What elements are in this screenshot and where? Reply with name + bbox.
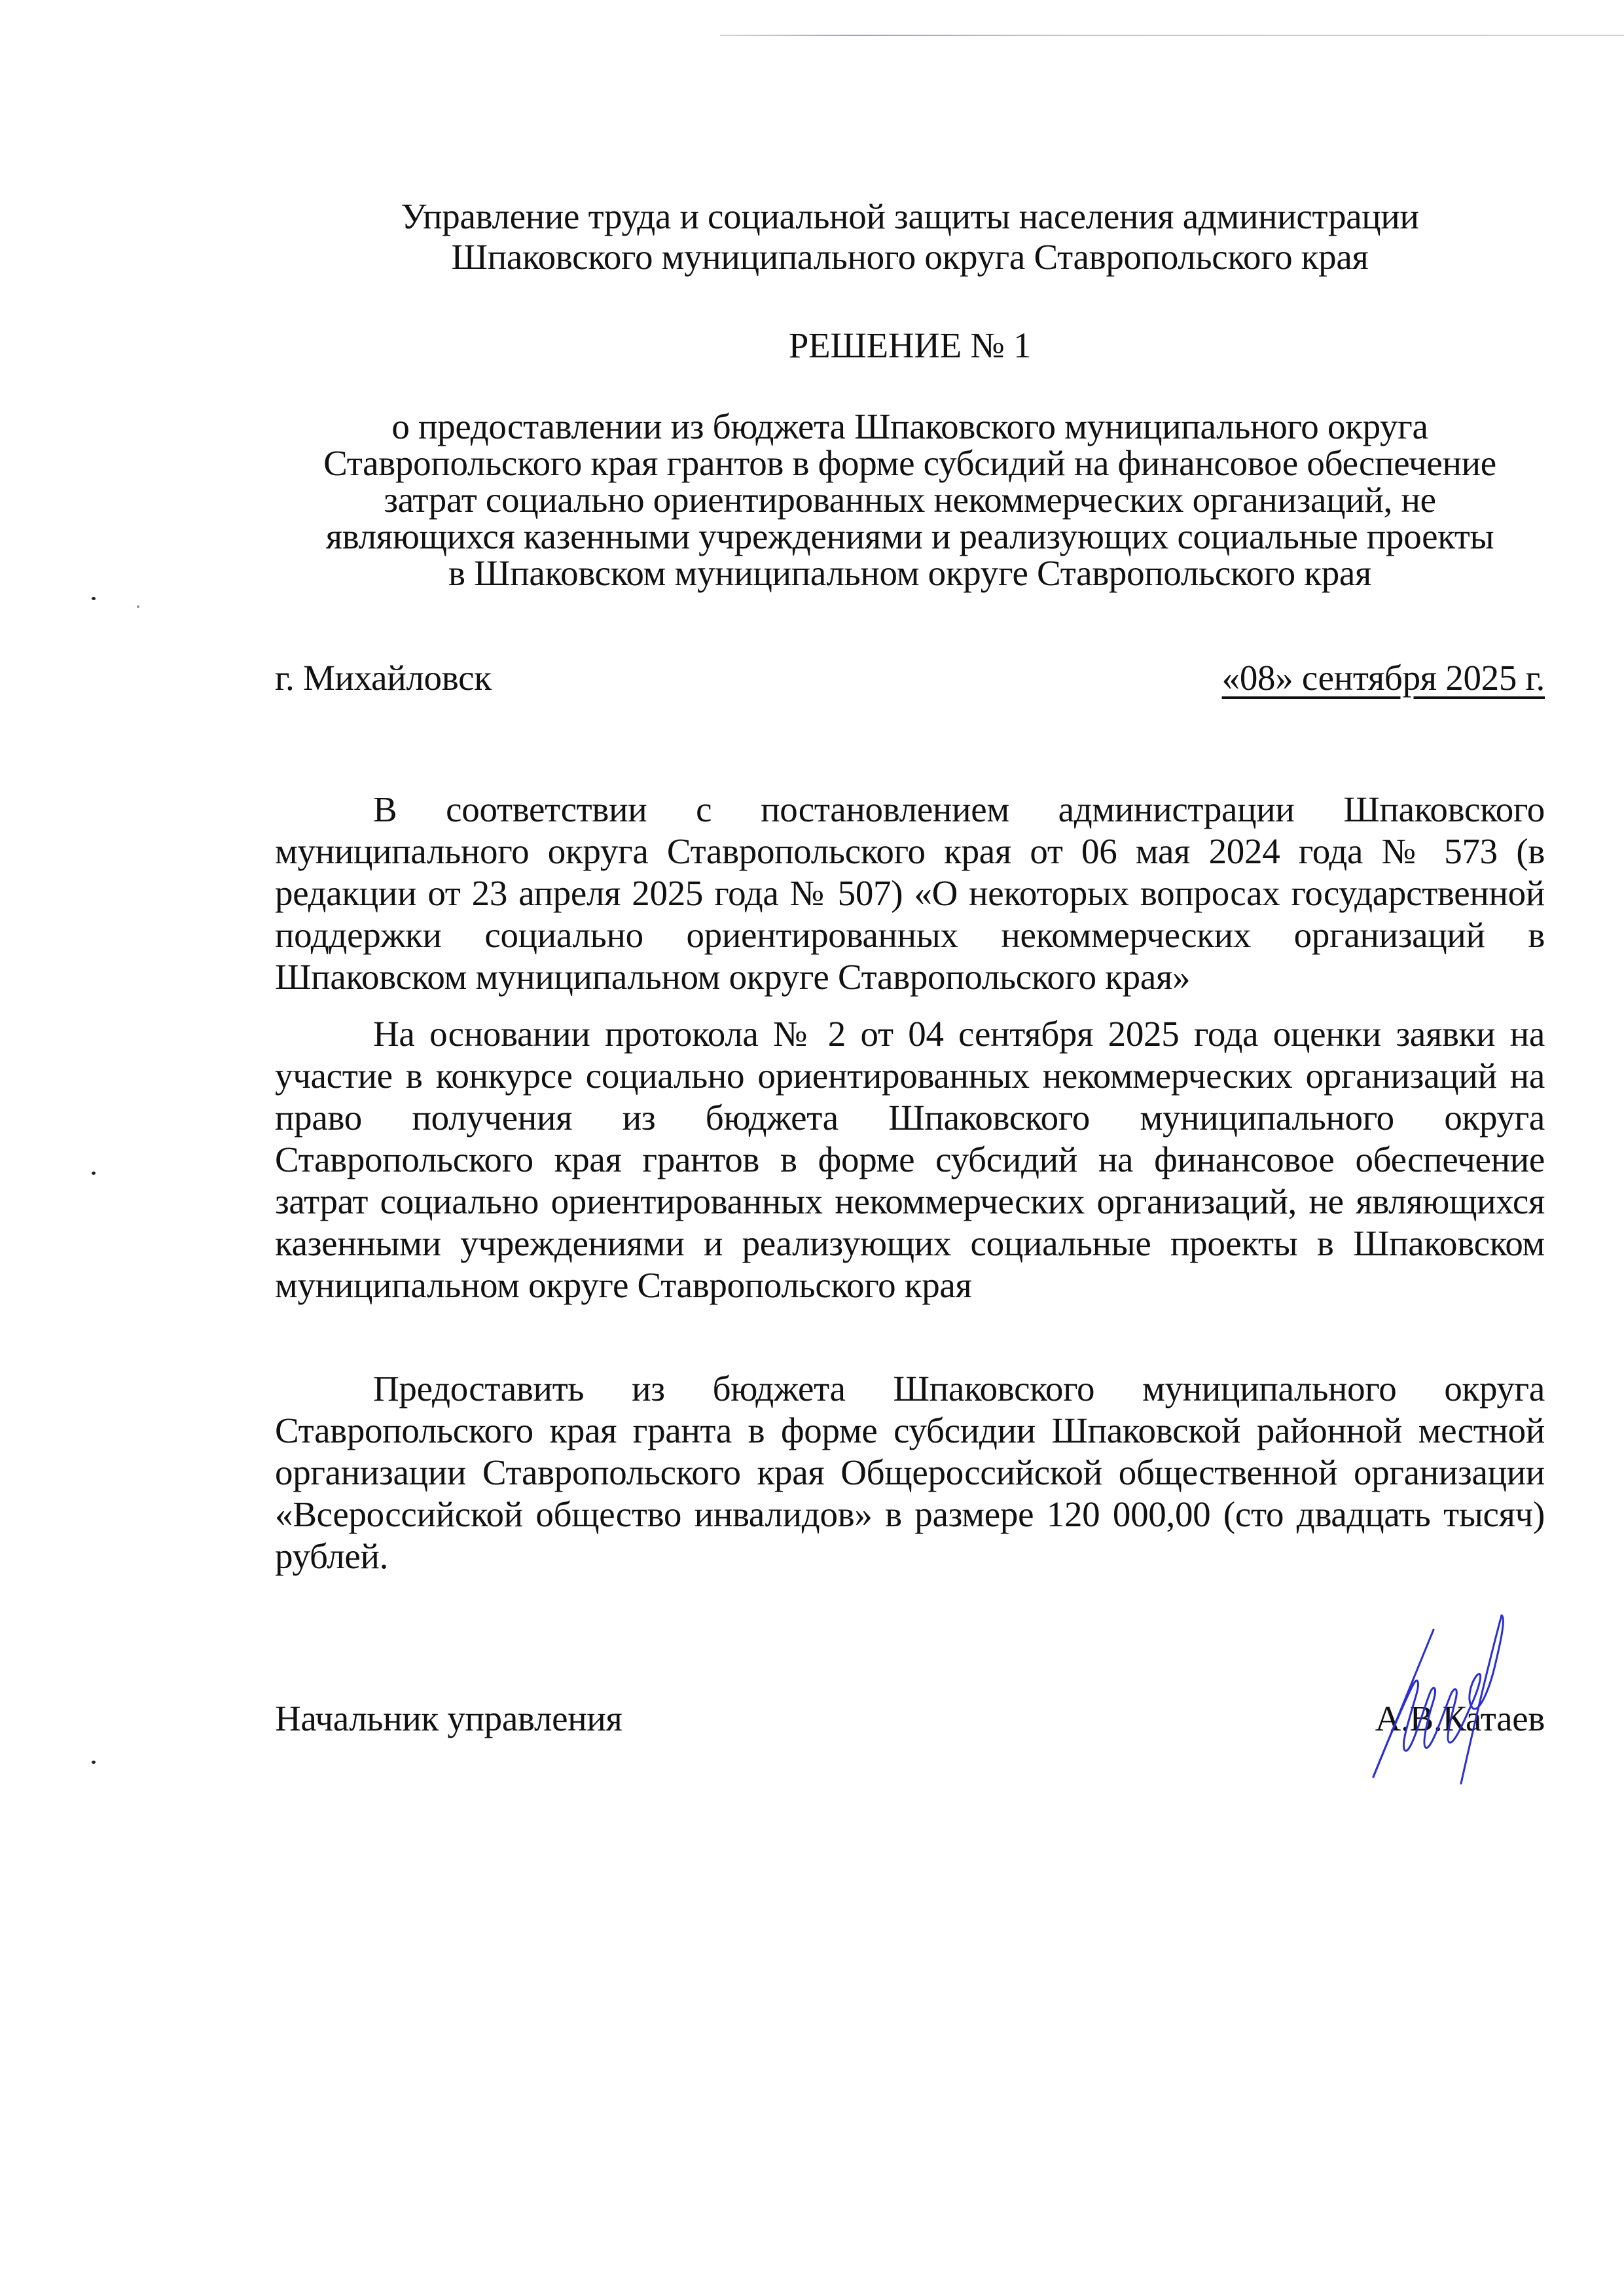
paragraph-decision: Предоставить из бюджета Шпаковского муни… xyxy=(275,1368,1545,1577)
paragraph-basis-resolution: В соответствии с постановлением админист… xyxy=(275,789,1545,998)
subject-line: в Шпаковском муниципальном округе Ставро… xyxy=(275,555,1545,592)
authority-line: Управление труда и социальной защиты нас… xyxy=(275,196,1545,237)
subject-line: затрат социально ориентированных некомме… xyxy=(275,482,1545,518)
issuing-authority: Управление труда и социальной защиты нас… xyxy=(275,196,1545,278)
authority-line: Шпаковского муниципального округа Ставро… xyxy=(275,237,1545,278)
subject-line: Ставропольского края грантов в форме суб… xyxy=(275,445,1545,482)
document-date: «08» сентября 2025 г. xyxy=(1222,658,1545,698)
scan-speck xyxy=(137,605,139,608)
scan-edge-line xyxy=(720,35,1624,36)
place-date-row: г. Михайловск «08» сентября 2025 г. xyxy=(275,658,1545,698)
scan-speck xyxy=(92,1172,96,1175)
place: г. Михайловск xyxy=(275,658,492,698)
signature-block: Начальник управления А.В.Катаев xyxy=(275,1698,1545,1751)
document-title: РЕШЕНИЕ № 1 xyxy=(275,325,1545,366)
signatory-position: Начальник управления xyxy=(275,1698,622,1739)
scan-speck xyxy=(92,597,96,600)
scan-speck xyxy=(92,1761,96,1764)
paragraph-basis-protocol: На основании протокола № 2 от 04 сентябр… xyxy=(275,1013,1545,1306)
subject-line: являющихся казенными учреждениями и реал… xyxy=(275,518,1545,555)
handwritten-signature-icon xyxy=(1362,1610,1624,1806)
document-subject: о предоставлении из бюджета Шпаковского … xyxy=(275,408,1545,592)
subject-line: о предоставлении из бюджета Шпаковского … xyxy=(275,408,1545,445)
